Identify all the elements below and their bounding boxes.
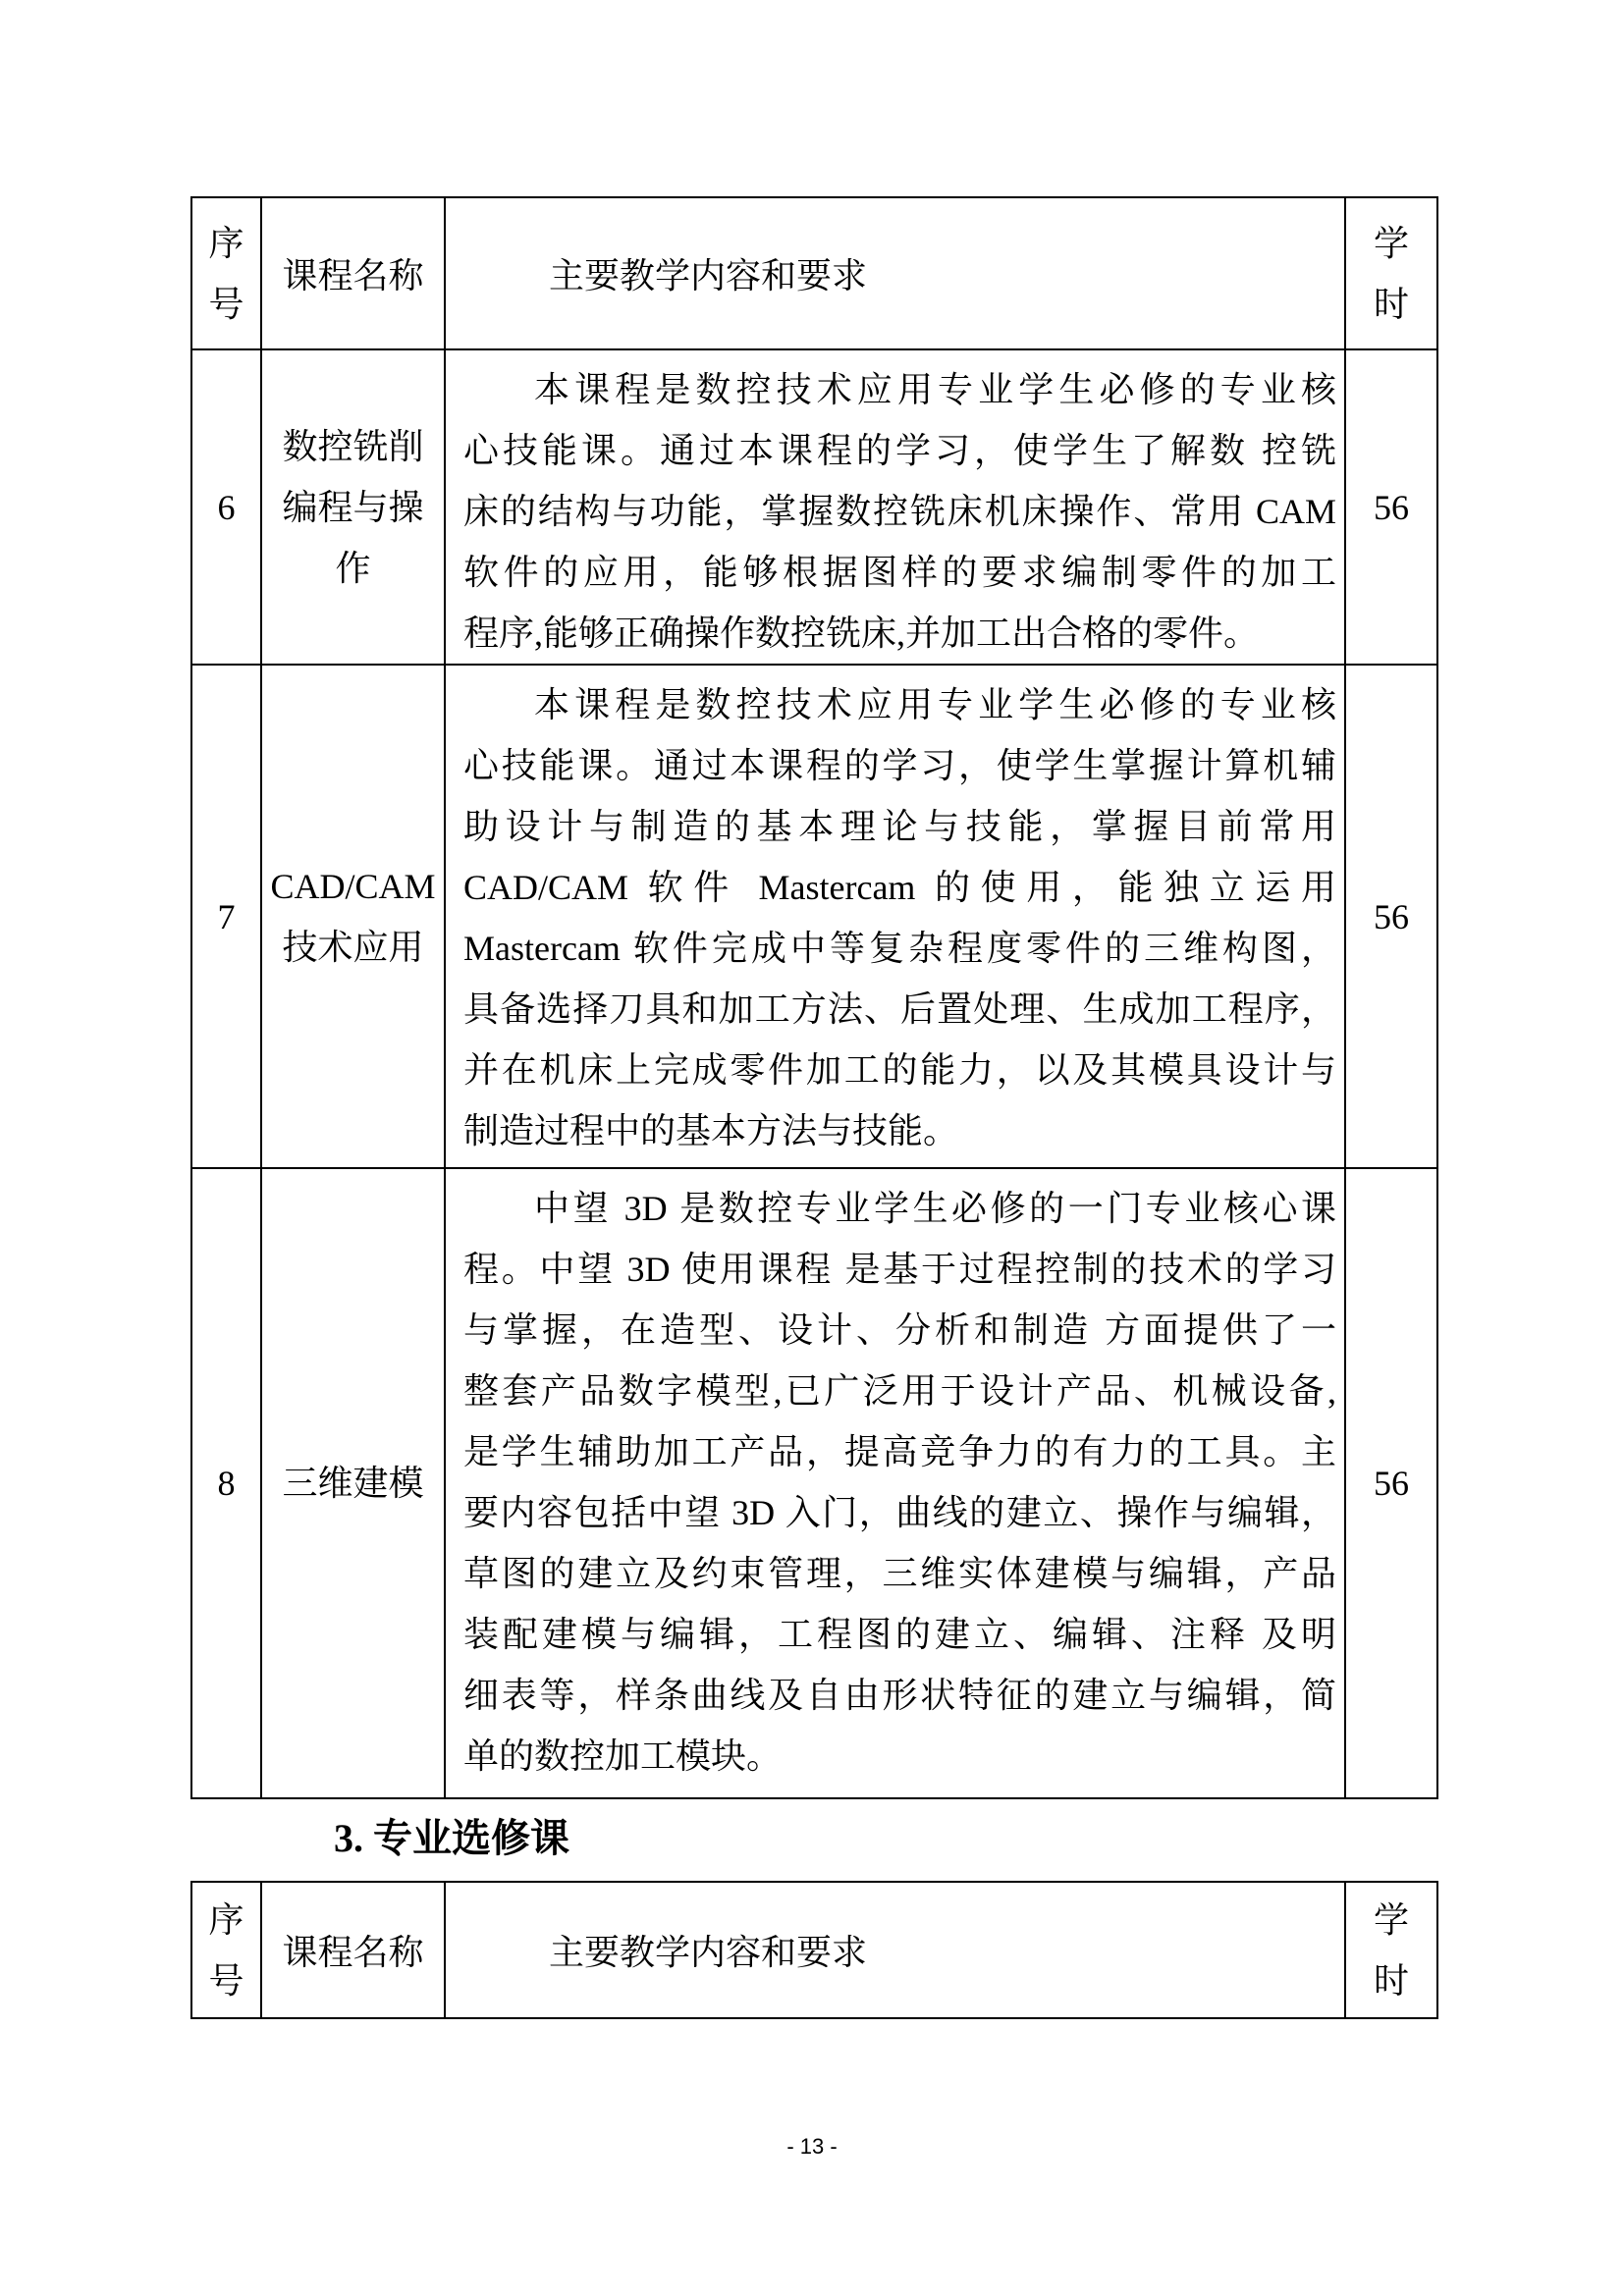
cell-content: 中望 3D 是数控专业学生必修的一门专业核心课程。中望 3D 使用课程 是基于过… — [445, 1168, 1345, 1798]
course-row: 8三维建模中望 3D 是数控专业学生必修的一门专业核心课程。中望 3D 使用课程… — [191, 1168, 1437, 1798]
content-line: Mastercam 软件完成中等复杂程度零件的三维构图， — [463, 918, 1336, 979]
content-line: 单的数控加工模块。 — [463, 1726, 1336, 1787]
content-line: 本课程是数控技术应用专业学生必修的专业核 — [463, 674, 1336, 735]
course-name-line: 技术应用 — [262, 917, 444, 978]
cell-content: 本课程是数控技术应用专业学生必修的专业核心技能课。通过本课程的学习，使学生了解数… — [445, 349, 1345, 665]
course-row: 6数控铣削编程与操作本课程是数控技术应用专业学生必修的专业核心技能课。通过本课程… — [191, 349, 1437, 665]
cell-course-name: CAD/CAM技术应用 — [261, 665, 445, 1168]
content-line: 程。中望 3D 使用课程 是基于过程控制的技术的学习 — [463, 1239, 1336, 1300]
header-label-hours: 学时 — [1373, 213, 1410, 335]
content-line: 制造过程中的基本方法与技能。 — [463, 1100, 1336, 1161]
content-line: 心技能课。通过本课程的学习，使学生了解数 控铣 — [463, 420, 1336, 481]
cell-seq-number: 8 — [191, 1168, 261, 1798]
cell-course-name: 数控铣削编程与操作 — [261, 349, 445, 665]
header-cell-content: 主要教学内容和要求 — [445, 1882, 1345, 2018]
content-line: 装配建模与编辑，工程图的建立、编辑、注释 及明 — [463, 1604, 1336, 1665]
cell-seq-number: 6 — [191, 349, 261, 665]
content-line: 具备选择刀具和加工方法、后置处理、生成加工程序， — [463, 979, 1336, 1040]
course-name-line: 三维建模 — [262, 1453, 444, 1514]
content-line: 本课程是数控技术应用专业学生必修的专业核 — [463, 359, 1336, 420]
header-label-seq: 序号 — [208, 213, 245, 335]
elective-courses-table: 序号 课程名称 主要教学内容和要求 学时 — [190, 1881, 1438, 2019]
content-line: 心技能课。通过本课程的学习，使学生掌握计算机辅 — [463, 735, 1336, 796]
header-cell-hours: 学时 — [1345, 197, 1437, 349]
header-label-course-name: 课程名称 — [262, 1925, 444, 1975]
course-name-line: 作 — [262, 538, 444, 599]
header-cell-hours: 学时 — [1345, 1882, 1437, 2018]
content-line: 中望 3D 是数控专业学生必修的一门专业核心课 — [463, 1178, 1336, 1239]
document-page: 序号 课程名称 主要教学内容和要求 学时 6数控铣削编程与操作本课程是数控技术应… — [0, 0, 1624, 2296]
course-name-line: 编程与操 — [262, 477, 444, 538]
cell-content: 本课程是数控技术应用专业学生必修的专业核心技能课。通过本课程的学习，使学生掌握计… — [445, 665, 1345, 1168]
header-label-content: 主要教学内容和要求 — [446, 1925, 1344, 1975]
cell-seq-number: 7 — [191, 665, 261, 1168]
cell-course-name: 三维建模 — [261, 1168, 445, 1798]
header-cell-seq: 序号 — [191, 1882, 261, 2018]
content-line: 草图的建立及约束管理，三维实体建模与编辑，产品 — [463, 1543, 1336, 1604]
cell-hours: 56 — [1345, 349, 1437, 665]
content-line: 细表等，样条曲线及自由形状特征的建立与编辑，简 — [463, 1665, 1336, 1726]
header-cell-course-name: 课程名称 — [261, 1882, 445, 2018]
content-line: 助设计与制造的基本理论与技能，掌握目前常用 — [463, 796, 1336, 857]
header-label-course-name: 课程名称 — [262, 248, 444, 298]
cell-hours: 56 — [1345, 1168, 1437, 1798]
table-header-row: 序号 课程名称 主要教学内容和要求 学时 — [191, 1882, 1437, 2018]
content-line: 床的结构与功能，掌握数控铣床机床操作、常用 CAM — [463, 481, 1336, 542]
header-label-seq: 序号 — [208, 1890, 245, 2011]
table-header-row: 序号 课程名称 主要教学内容和要求 学时 — [191, 197, 1437, 349]
content-line: 要内容包括中望 3D 入门，曲线的建立、操作与编辑， — [463, 1482, 1336, 1543]
content-line: 与掌握，在造型、设计、分析和制造 方面提供了一 — [463, 1300, 1336, 1361]
course-name-line: 数控铣削 — [262, 416, 444, 477]
header-cell-course-name: 课程名称 — [261, 197, 445, 349]
header-label-hours: 学时 — [1373, 1890, 1410, 2011]
header-label-content: 主要教学内容和要求 — [446, 248, 1344, 298]
course-name-line: CAD/CAM — [262, 856, 444, 917]
core-courses-table: 序号 课程名称 主要教学内容和要求 学时 6数控铣削编程与操作本课程是数控技术应… — [190, 196, 1438, 1799]
header-cell-content: 主要教学内容和要求 — [445, 197, 1345, 349]
course-row: 7CAD/CAM技术应用本课程是数控技术应用专业学生必修的专业核心技能课。通过本… — [191, 665, 1437, 1168]
content-line: 程序,能够正确操作数控铣床,并加工出合格的零件。 — [463, 603, 1336, 664]
content-line: CAD/CAM 软件 Mastercam 的使用，能独立运用 — [463, 857, 1336, 918]
cell-hours: 56 — [1345, 665, 1437, 1168]
page-number: - 13 - — [0, 2134, 1624, 2160]
content-line: 是学生辅助加工产品，提高竞争力的有力的工具。主 — [463, 1421, 1336, 1482]
header-cell-seq: 序号 — [191, 197, 261, 349]
content-line: 软件的应用，能够根据图样的要求编制零件的加工 — [463, 542, 1336, 603]
content-line: 整套产品数字模型,已广泛用于设计产品、机械设备, — [463, 1361, 1336, 1421]
section-heading: 3. 专业选修课 — [334, 1815, 569, 1862]
content-line: 并在机床上完成零件加工的能力，以及其模具设计与 — [463, 1040, 1336, 1100]
